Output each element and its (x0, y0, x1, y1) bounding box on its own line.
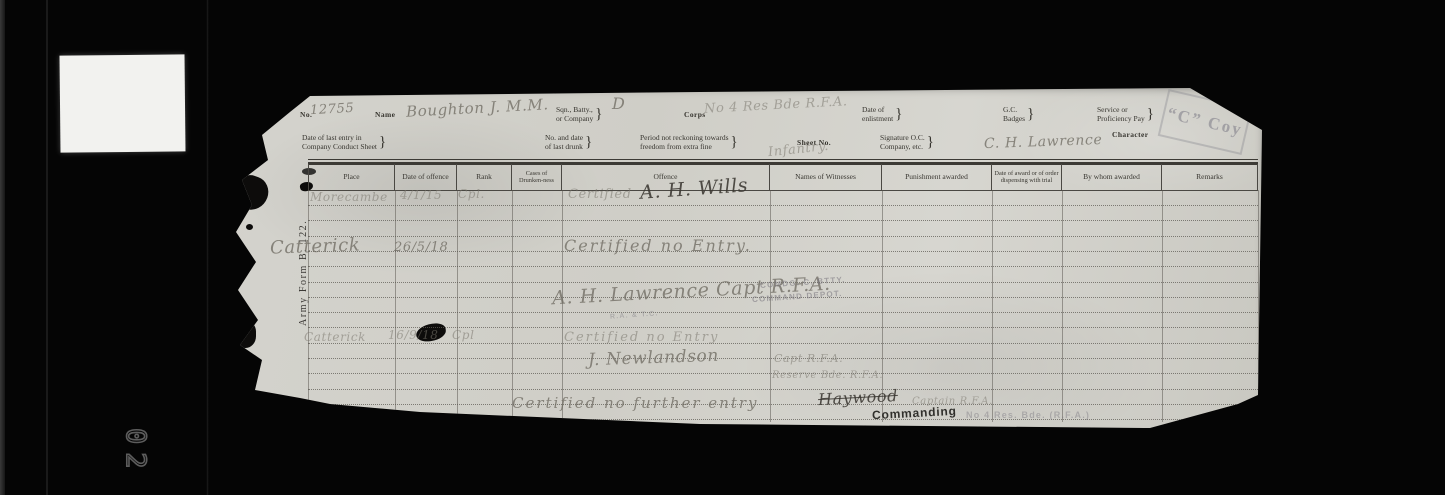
name-label: Name (375, 110, 395, 119)
column-rule-line (1162, 190, 1163, 422)
commanding-unit-stamp: No 4 Res. Bde. (R.F.A.) (966, 410, 1090, 420)
entry-rule-line (308, 327, 1258, 328)
corps-label: Corps (684, 110, 706, 119)
column-rule-line (992, 190, 993, 422)
name-handwriting: Boughton J. M.M. (406, 95, 549, 120)
brace-glyph: } (731, 133, 738, 152)
film-blip-marker (59, 54, 185, 152)
brace-glyph: } (1147, 105, 1154, 124)
entry-offence-handwriting: Certified no Entry (564, 330, 719, 345)
company-stamp: “C” Coy (1158, 89, 1253, 155)
entry-unit-handwriting: Reserve Bde. R.F.A. (772, 370, 883, 381)
brace-glyph: } (595, 105, 602, 124)
film-frame-number-text: 02 (120, 428, 151, 478)
entry-rule-line (308, 419, 1258, 420)
brace-glyph: } (895, 105, 902, 124)
entry-offence-handwriting: Certified no further entry (512, 394, 759, 412)
film-frame-number: 02 (103, 428, 153, 495)
brace-glyph: } (585, 133, 592, 152)
column-rule-line (457, 190, 458, 422)
entry-date-handwriting: 16/9/18 (388, 328, 438, 342)
column-rule-line (395, 190, 396, 422)
squadron-label: Sqn., Batty., or Company } (556, 105, 603, 124)
col-names-of-witnesses: Names of Witnesses (770, 164, 882, 190)
col-date-of-offence: Date of offence (395, 164, 457, 190)
entry-rule-line (308, 205, 1258, 206)
entry-place-handwriting: Catterick (270, 234, 361, 258)
film-edge-line (0, 0, 5, 495)
col-cases-of-drunkenness: Cases of Drunken-ness (512, 164, 562, 190)
brace-glyph: } (379, 133, 386, 152)
entry-rule-line (308, 389, 1258, 390)
entry-rule-line (308, 404, 1258, 405)
column-rule-line (308, 190, 309, 422)
ink-blot (232, 321, 256, 348)
entry-rule-line (308, 312, 1258, 313)
film-sprocket-track (46, 0, 48, 495)
period-not-reckoning-label: Period not reckoning towards freedom fro… (640, 133, 738, 152)
entry-rule-line (308, 251, 1258, 252)
entry-rule-line (308, 266, 1258, 267)
film-frame-divider (206, 0, 209, 495)
gc-badges-label: G.C. Badges } (1003, 105, 1034, 124)
entry-date-handwriting: 4/1/15 (400, 188, 442, 202)
entry-rank-handwriting: Cpl. (458, 187, 485, 201)
column-rule-line (1062, 190, 1063, 422)
last-entry-label: Date of last entry in Company Conduct Sh… (302, 133, 386, 152)
brace-glyph: } (927, 133, 934, 152)
ink-blot (246, 224, 253, 230)
table-header-row: Place Date of offence Rank Cases of Drun… (308, 164, 1258, 191)
oc-signature-handwriting: C. H. Lawrence (984, 132, 1103, 152)
entry-place-handwriting: Catterick (304, 330, 366, 344)
entry-rank-handwriting: Cpl (452, 328, 475, 342)
col-by-whom-awarded: By whom awarded (1062, 164, 1162, 190)
column-rule-line (512, 190, 513, 422)
entry-offence-handwriting: Certified (568, 187, 632, 202)
pto-note: [P.T.O. (1212, 414, 1233, 422)
last-drunk-label: No. and date of last drunk } (545, 133, 592, 152)
col-date-of-award: Date of award or of order dispensing wit… (992, 164, 1062, 190)
col-remarks: Remarks (1162, 164, 1258, 190)
service-number-handwriting: 12755 (310, 101, 355, 118)
entry-date-handwriting: 26/5/18 (394, 240, 448, 255)
col-place: Place (308, 164, 395, 190)
signature-oc-label: Signature O.C. Company, etc. } (880, 133, 934, 152)
enlistment-date-label: Date of enlistment } (862, 105, 902, 124)
entry-signature-rank-handwriting: Capt R.F.A. (774, 352, 843, 365)
column-rule-line (770, 190, 771, 422)
entry-rule-line (308, 220, 1258, 221)
company-handwriting: D (612, 94, 625, 113)
entry-signature-handwriting: Haywood (818, 386, 899, 409)
entry-signature-handwriting: J. Newlandson (588, 346, 720, 371)
proficiency-pay-label: Service or Proficiency Pay } (1097, 105, 1154, 124)
column-rule-line (1258, 190, 1259, 422)
ink-blot (231, 172, 273, 215)
entry-rule-line (308, 343, 1258, 344)
entry-rule-line (308, 236, 1258, 237)
entry-offence-handwriting: Certified no Entry. (564, 236, 752, 255)
microfilm-frame: 02 Army Form B. 122. No. 12755 Name Boug… (0, 0, 1445, 495)
character-label: Character (1112, 130, 1149, 139)
col-punishment-awarded: Punishment awarded (882, 164, 992, 190)
table-top-thin-rule (308, 159, 1258, 160)
entry-place-handwriting: Morecambe (310, 190, 388, 204)
sheet-no-label: Sheet No. (797, 138, 831, 147)
corps-handwriting: No 4 Res Bde R.F.A. (704, 94, 848, 117)
conduct-sheet-document: Army Form B. 122. No. 12755 Name Boughto… (212, 86, 1264, 438)
brace-glyph: } (1027, 105, 1034, 124)
